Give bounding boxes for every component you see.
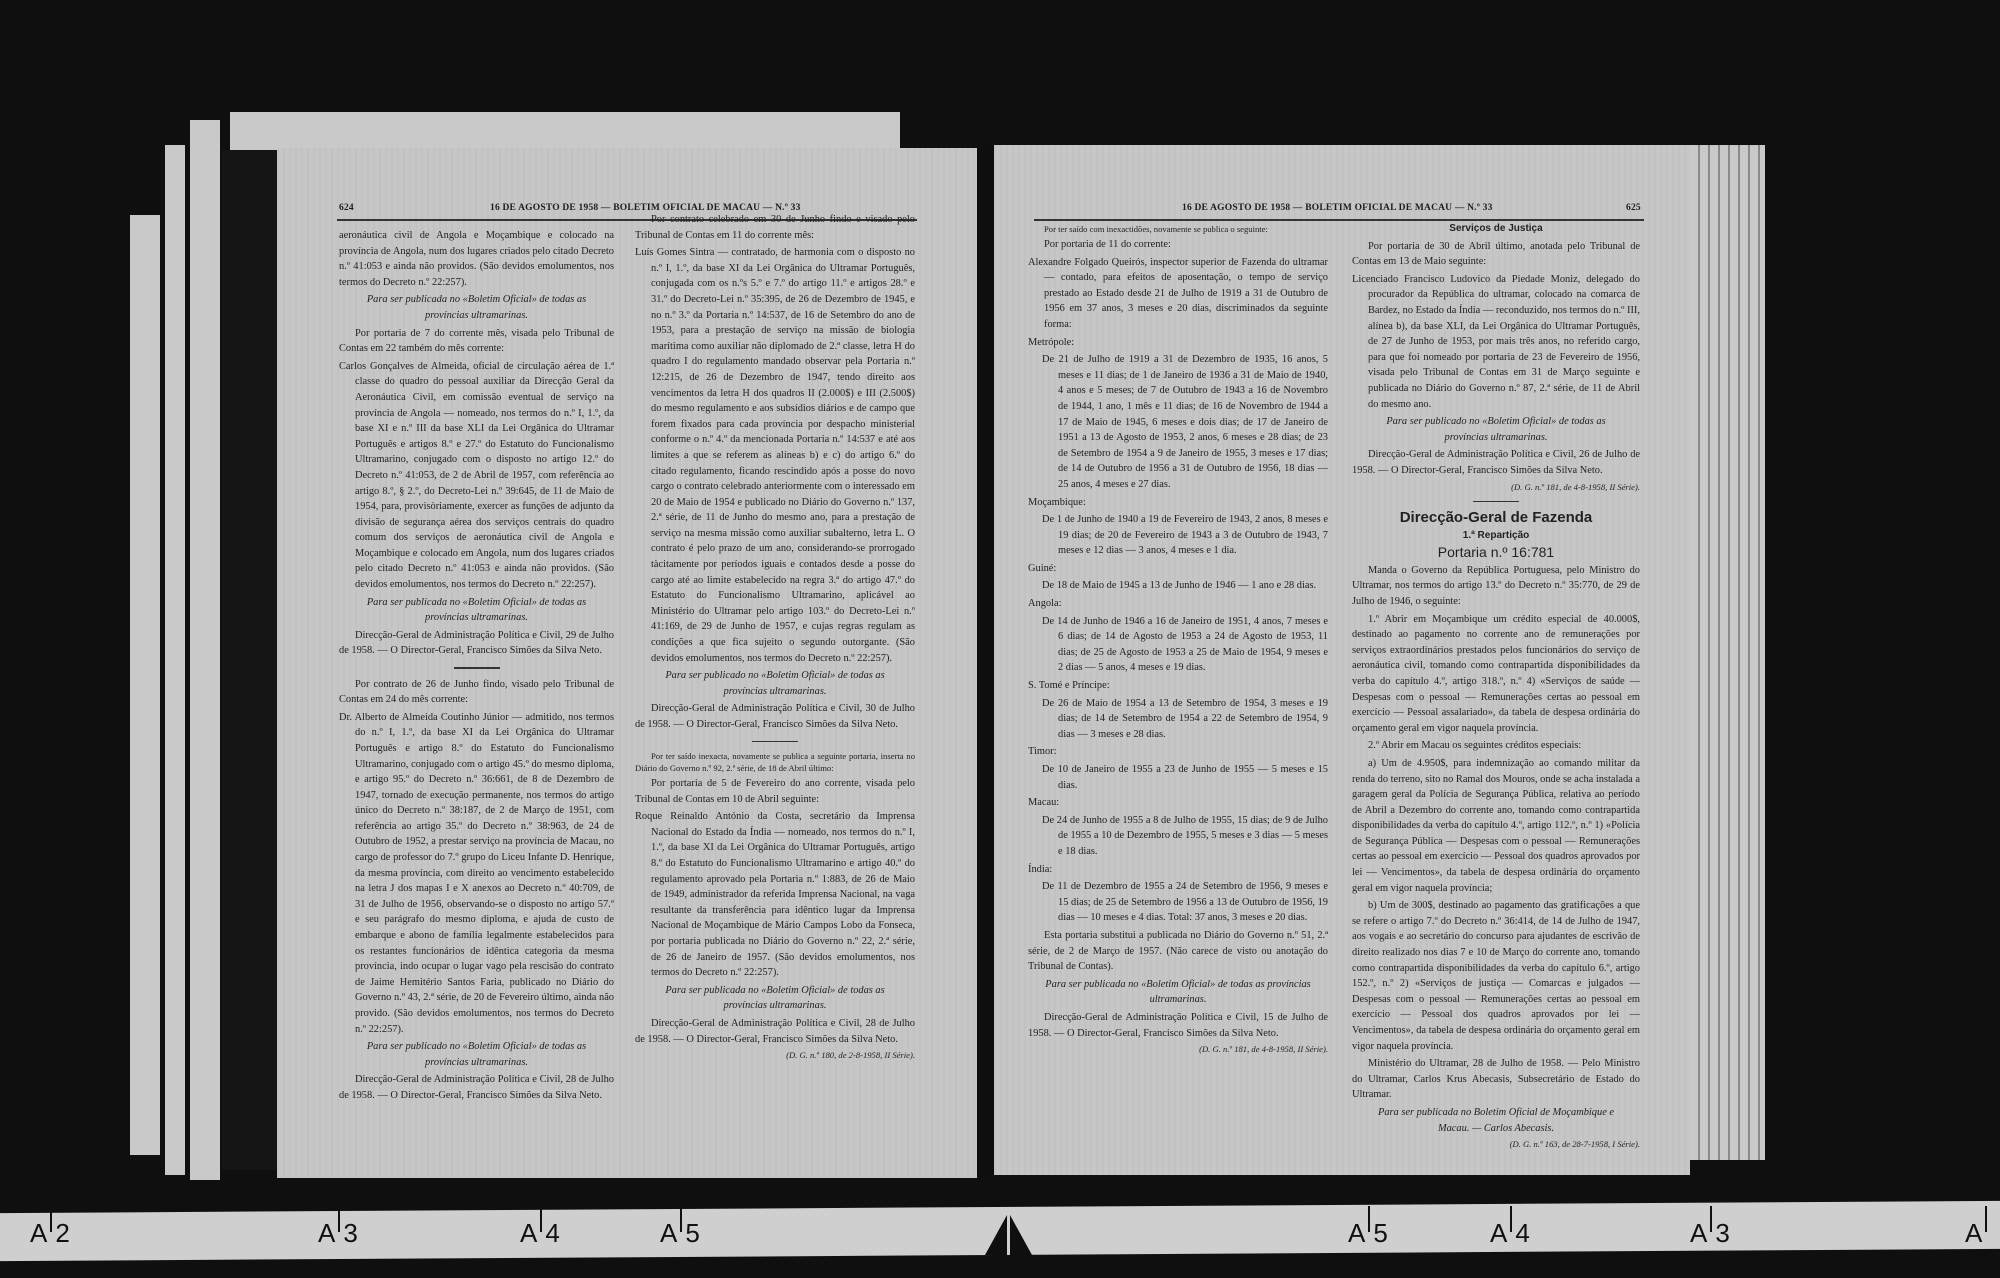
page-stack-edge xyxy=(165,145,185,1175)
paragraph: Ministério do Ultramar, 28 de Julho de 1… xyxy=(1352,1056,1640,1103)
paragraph: Direcção-Geral de Administração Política… xyxy=(1352,447,1640,478)
paragraph: Para ser publicado no «Boletim Oficial» … xyxy=(1352,414,1640,445)
paragraph: Guiné: xyxy=(1028,561,1328,577)
left-page-column-2: Por contrato celebrado em 30 de Junho fi… xyxy=(635,212,915,1063)
film-frame-mark: A4 xyxy=(1490,1218,1530,1249)
paragraph: 2.º Abrir em Macau os seguintes créditos… xyxy=(1352,738,1640,754)
film-frame-mark: A xyxy=(1965,1218,1990,1249)
paragraph: Timor: xyxy=(1028,744,1328,760)
paragraph: Por contrato de 26 de Junho findo, visad… xyxy=(339,677,614,708)
paragraph: Para ser publicada no «Boletim Oficial» … xyxy=(339,595,614,626)
left-page-number: 624 xyxy=(339,203,354,213)
film-frame-mark: A4 xyxy=(520,1218,560,1249)
paragraph: Direcção-Geral de Administração Política… xyxy=(635,701,915,732)
page-stack-edge xyxy=(130,215,160,1155)
paragraph: Metrópole: xyxy=(1028,335,1328,351)
paragraph: b) Um de 300$, destinado ao pagamento da… xyxy=(1352,898,1640,1054)
film-frame-mark: A2 xyxy=(30,1218,70,1249)
paragraph: Para ser publicada no «Boletim Oficial» … xyxy=(1028,977,1328,1008)
paragraph: Por contrato celebrado em 30 de Junho fi… xyxy=(635,212,915,243)
paragraph: De 10 de Janeiro de 1955 a 23 de Junho d… xyxy=(1042,762,1328,793)
paragraph: Por portaria de 7 do corrente mês, visad… xyxy=(339,326,614,357)
paragraph: Direcção-Geral de Administração Política… xyxy=(339,1072,614,1103)
section-divider xyxy=(454,667,500,669)
paragraph: a) Um de 4.950$, para indemnização ao co… xyxy=(1352,756,1640,896)
paragraph: De 21 de Julho de 1919 a 31 de Dezembro … xyxy=(1042,352,1328,492)
film-frame-mark: A5 xyxy=(660,1218,700,1249)
paragraph: Licenciado Francisco Ludovico da Piedade… xyxy=(1352,272,1640,412)
paragraph: Por portaria de 5 de Fevereiro do ano co… xyxy=(635,776,915,807)
film-frame-mark: A3 xyxy=(318,1218,358,1249)
page-top-edge xyxy=(230,112,900,150)
paragraph: Por ter saído inexacta, novamente se pub… xyxy=(635,750,915,774)
left-page: 624 16 DE AGOSTO DE 1958 — BOLETIM OFICI… xyxy=(277,148,977,1178)
paragraph: Para ser publicada no «Boletim Oficial» … xyxy=(635,983,915,1014)
paragraph: (D. G. n.º 163, de 28-7-1958, I Série). xyxy=(1352,1138,1640,1150)
paragraph: 1.º Abrir em Moçambique um crédito espec… xyxy=(1352,612,1640,737)
paragraph: Para ser publicado no «Boletim Oficial» … xyxy=(635,668,915,699)
paragraph: De 18 de Maio de 1945 a 13 de Junho de 1… xyxy=(1042,578,1328,594)
paragraph: Dr. Alberto de Almeida Coutinho Júnior —… xyxy=(339,710,614,1037)
paragraph: Para ser publicado no «Boletim Oficial» … xyxy=(339,1039,614,1070)
paragraph: Por portaria de 30 de Abril último, anot… xyxy=(1352,239,1640,270)
right-page-number: 625 xyxy=(1626,203,1641,213)
film-frame-mark: A5 xyxy=(1348,1218,1388,1249)
section-heading: Serviços de Justiça xyxy=(1352,221,1640,237)
paragraph: De 24 de Junho de 1955 a 8 de Julho de 1… xyxy=(1042,813,1328,860)
paragraph: De 1 de Junho de 1940 a 19 de Fevereiro … xyxy=(1042,512,1328,559)
page-stack-edge-right xyxy=(1690,145,1765,1160)
paragraph: Para ser publicada no «Boletim Oficial» … xyxy=(339,292,614,323)
paragraph: Por ter saído com inexactidões, novament… xyxy=(1028,223,1328,235)
paragraph: Esta portaria substitui a publicada no D… xyxy=(1028,928,1328,975)
paragraph: aeronáutica civil de Angola e Moçambique… xyxy=(339,228,614,290)
film-notch xyxy=(985,1215,1007,1255)
paragraph: S. Tomé e Príncipe: xyxy=(1028,678,1328,694)
paragraph: De 11 de Dezembro de 1955 a 24 de Setemb… xyxy=(1042,879,1328,926)
paragraph: Direcção-Geral de Administração Política… xyxy=(339,628,614,659)
left-page-column-1: aeronáutica civil de Angola e Moçambique… xyxy=(339,228,614,1106)
paragraph: (D. G. n.º 181, de 4-8-1958, II Série). xyxy=(1352,481,1640,493)
page-stack-edge xyxy=(190,120,220,1180)
paragraph: Luís Gomes Sintra — contratado, de harmo… xyxy=(635,245,915,666)
paragraph: Alexandre Folgado Queirós, inspector sup… xyxy=(1028,255,1328,333)
section-divider xyxy=(752,741,798,743)
film-notch xyxy=(1010,1215,1032,1255)
book-gutter xyxy=(977,140,994,1180)
right-page-column-1: Por ter saído com inexactidões, novament… xyxy=(1028,223,1328,1057)
paragraph: (D. G. n.º 180, de 2-8-1958, II Série). xyxy=(635,1049,915,1061)
right-page: 16 DE AGOSTO DE 1958 — BOLETIM OFICIAL D… xyxy=(994,145,1690,1175)
paragraph: Angola: xyxy=(1028,596,1328,612)
paragraph: Por portaria de 11 do corrente: xyxy=(1028,237,1328,253)
paragraph: Direcção-Geral de Administração Política… xyxy=(635,1016,915,1047)
section-heading: Direcção-Geral de Fazenda xyxy=(1352,510,1640,526)
section-heading: 1.ª Repartição xyxy=(1352,528,1640,544)
paragraph: (D. G. n.º 181, de 4-8-1958, II Série). xyxy=(1028,1043,1328,1055)
binding-shadow xyxy=(222,150,277,1170)
section-divider xyxy=(1473,501,1519,503)
paragraph: Índia: xyxy=(1028,862,1328,878)
right-page-column-2: Serviços de JustiçaPor portaria de 30 de… xyxy=(1352,221,1640,1152)
right-running-header: 16 DE AGOSTO DE 1958 — BOLETIM OFICIAL D… xyxy=(1182,203,1493,213)
film-frame-mark: A3 xyxy=(1690,1218,1730,1249)
paragraph: Para ser publicada no Boletim Oficial de… xyxy=(1352,1105,1640,1136)
paragraph: De 14 de Junho de 1946 a 16 de Janeiro d… xyxy=(1042,614,1328,676)
section-heading: Portaria n.º 16:781 xyxy=(1352,545,1640,561)
paragraph: De 26 de Maio de 1954 a 13 de Setembro d… xyxy=(1042,696,1328,743)
paragraph: Manda o Governo da República Portuguesa,… xyxy=(1352,563,1640,610)
paragraph: Carlos Gonçalves de Almeida, oficial de … xyxy=(339,359,614,593)
paragraph: Moçambique: xyxy=(1028,495,1328,511)
paragraph: Direcção-Geral de Administração Política… xyxy=(1028,1010,1328,1041)
paragraph: Roque Reinaldo António da Costa, secretá… xyxy=(635,809,915,981)
paragraph: Macau: xyxy=(1028,795,1328,811)
